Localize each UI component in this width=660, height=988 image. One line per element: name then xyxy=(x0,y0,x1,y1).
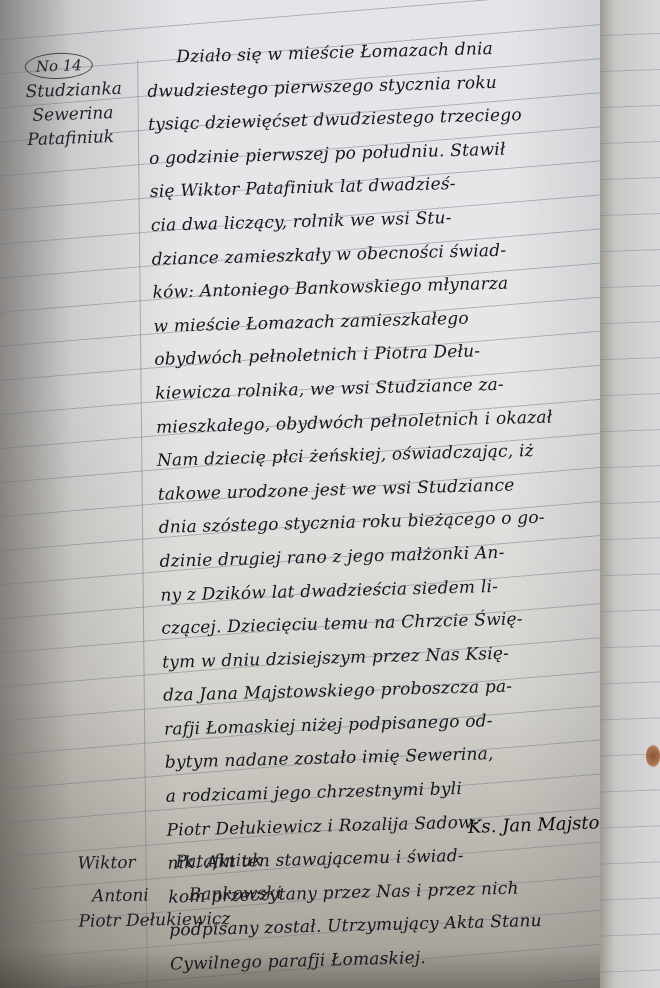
margin-surname: Patafiniuk xyxy=(27,124,148,152)
signature-last-name: Patafiniuk xyxy=(175,851,262,873)
page-shadow xyxy=(0,948,600,988)
signature-first-name: Piotr xyxy=(78,911,120,932)
signature-first-name: Wiktor xyxy=(77,853,135,874)
signature-last-name: Bankowski xyxy=(189,883,282,905)
witness-signatures: WiktorPatafiniuk AntoniBankowski Piotr D… xyxy=(77,844,282,939)
record-body: Działo się w mieście Łomazach dnia dwudz… xyxy=(146,30,600,982)
entry-number: No 14 xyxy=(24,52,93,80)
signature-father: WiktorPatafiniuk xyxy=(77,844,281,881)
register-page: No 14 Studzianka Sewerina Patafiniuk Dzi… xyxy=(0,0,600,988)
signature-first-name: Antoni xyxy=(92,886,149,907)
margin-note: No 14 Studzianka Sewerina Patafiniuk xyxy=(24,50,147,152)
facing-page xyxy=(600,0,660,988)
ink-stain xyxy=(646,745,660,767)
signature-last-name: Dełukiewicz xyxy=(126,909,231,931)
